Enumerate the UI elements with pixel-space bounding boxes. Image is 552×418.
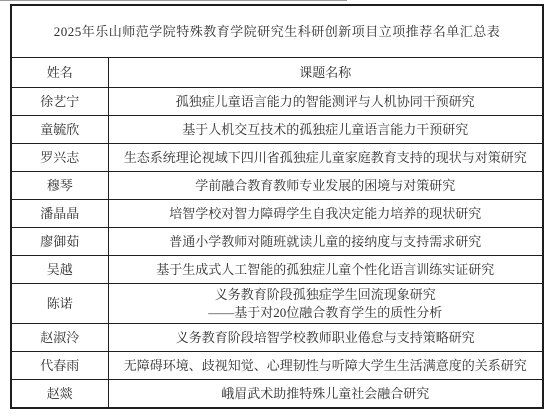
student-name-cell: 童毓欣 (11, 116, 108, 144)
student-name-cell: 罗兴志 (11, 144, 108, 172)
table-row: 赵淑泠 义务教育阶段培智学校教师职业倦怠与支持策略研究 (11, 324, 543, 352)
table-row: 童毓欣 基于人机交互技术的孤独症儿童语言能力干预研究 (11, 116, 543, 144)
table-row: 徐艺宁 孤独症儿童语言能力的智能测评与人机协同干预研究 (11, 88, 543, 116)
page-top-divider (0, 0, 347, 1)
table-row: 代春雨 无障碍环境、歧视知觉、心理韧性与听障大学生生活满意度的关系研究 (11, 352, 543, 380)
column-header-name: 姓名 (11, 58, 108, 88)
student-name-cell: 廖御茹 (11, 228, 108, 256)
student-name-cell: 赵淑泠 (11, 324, 108, 352)
table-row: 廖御茹 普通小学教师对随班就读儿童的接纳度与支持需求研究 (11, 228, 543, 256)
student-name-cell: 吴越 (11, 256, 108, 284)
table-row: 陈诺 义务教育阶段孤独症学生回流现象研究 ——基于对20位融合教育学生的质性分析 (11, 284, 543, 324)
project-title-cell: 学前融合教育教师专业发展的困境与对策研究 (108, 172, 543, 200)
header-row: 姓名 课题名称 (11, 58, 543, 88)
project-roster-table: 2025年乐山师范学院特殊教育学院研究生科研创新项目立项推荐名单汇总表 姓名 课… (10, 4, 544, 409)
student-name-cell: 徐艺宁 (11, 88, 108, 116)
project-title-cell: 普通小学教师对随班就读儿童的接纳度与支持需求研究 (108, 228, 543, 256)
student-name-cell: 潘晶晶 (11, 200, 108, 228)
student-name-cell: 陈诺 (11, 284, 108, 324)
project-title-cell: 无障碍环境、歧视知觉、心理韧性与听障大学生生活满意度的关系研究 (108, 352, 543, 380)
project-title-cell: 基于生成式人工智能的孤独症儿童个性化语言训练实证研究 (108, 256, 543, 284)
project-title-cell: 峨眉武术助推特殊儿童社会融合研究 (108, 380, 543, 409)
table-row: 潘晶晶 培智学校对智力障碍学生自我决定能力培养的现状研究 (11, 200, 543, 228)
project-title-cell: 培智学校对智力障碍学生自我决定能力培养的现状研究 (108, 200, 543, 228)
table-title: 2025年乐山师范学院特殊教育学院研究生科研创新项目立项推荐名单汇总表 (11, 5, 543, 58)
student-name-cell: 穆琴 (11, 172, 108, 200)
project-title-cell: 孤独症儿童语言能力的智能测评与人机协同干预研究 (108, 88, 543, 116)
table-row: 吴越 基于生成式人工智能的孤独症儿童个性化语言训练实证研究 (11, 256, 543, 284)
project-title-cell: 义务教育阶段培智学校教师职业倦怠与支持策略研究 (108, 324, 543, 352)
project-title-cell: 生态系统理论视域下四川省孤独症儿童家庭教育支持的现状与对策研究 (108, 144, 543, 172)
student-name-cell: 赵燚 (11, 380, 108, 409)
table-row: 罗兴志 生态系统理论视域下四川省孤独症儿童家庭教育支持的现状与对策研究 (11, 144, 543, 172)
student-name-cell: 代春雨 (11, 352, 108, 380)
table-row: 赵燚 峨眉武术助推特殊儿童社会融合研究 (11, 380, 543, 409)
table-row: 穆琴 学前融合教育教师专业发展的困境与对策研究 (11, 172, 543, 200)
column-header-project: 课题名称 (108, 58, 543, 88)
project-title-cell: 基于人机交互技术的孤独症儿童语言能力干预研究 (108, 116, 543, 144)
project-title-cell: 义务教育阶段孤独症学生回流现象研究 ——基于对20位融合教育学生的质性分析 (108, 284, 543, 324)
title-row: 2025年乐山师范学院特殊教育学院研究生科研创新项目立项推荐名单汇总表 (11, 5, 543, 58)
